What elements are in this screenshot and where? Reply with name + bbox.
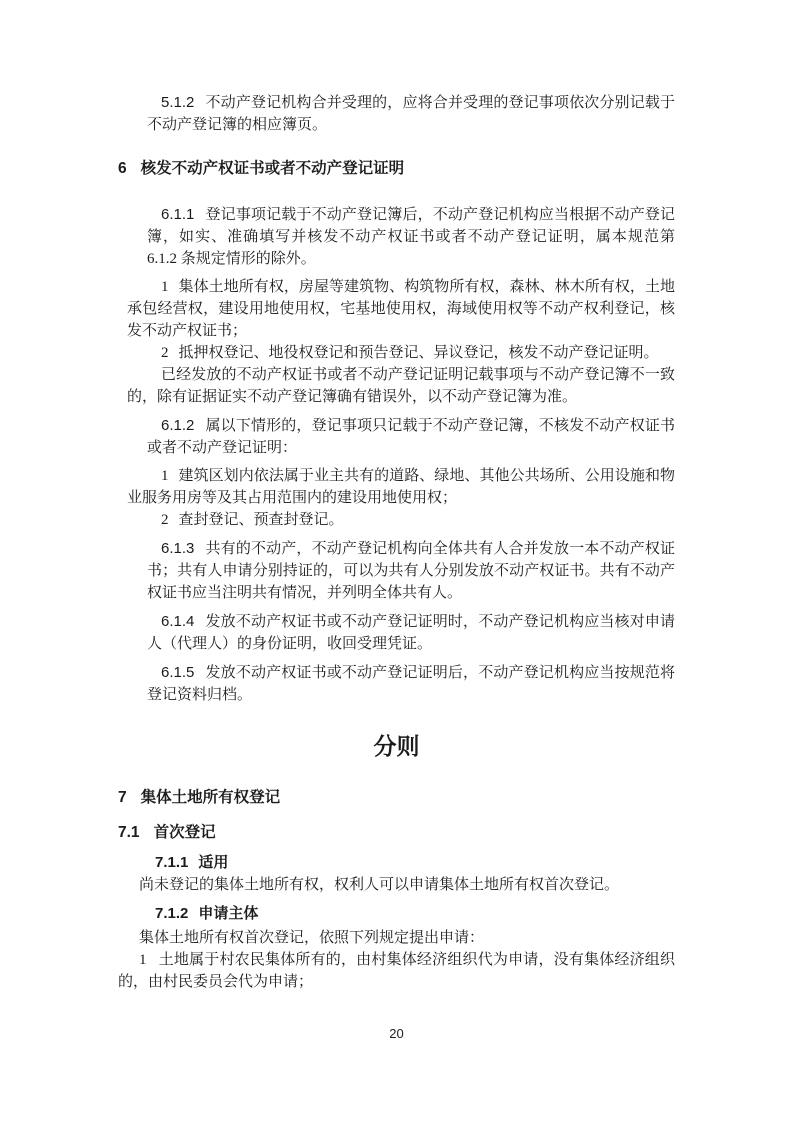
clause-paragraph: 6.1.1登记事项记载于不动产登记簿后，不动产登记机构应当根据不动产登记簿，如实…: [147, 204, 675, 270]
list-item: 1建筑区划内依法属于业主共有的道路、绿地、其他公共场所、公用设施和物业服务用房等…: [127, 465, 675, 509]
clause-7-1-1-heading: 7.1.1适用: [155, 852, 675, 874]
page-content: 5.1.2不动产登记机构合并受理的，应将合并受理的登记事项依次分别记载于不动产登…: [118, 92, 675, 993]
clause-text: 共有的不动产，不动产登记机构向全体共有人合并发放一本不动产权证书；共有人申请分别…: [147, 541, 675, 601]
clause-number: 6.1.2: [161, 417, 194, 434]
page-number: 20: [0, 1026, 793, 1041]
clause-text: 登记事项记载于不动产登记簿后，不动产登记机构应当根据不动产登记簿，如实、准确填写…: [147, 207, 675, 267]
part-title: 分则: [118, 731, 675, 761]
list-item: 2查封登记、预查封登记。: [127, 509, 675, 531]
item-number: 1: [139, 952, 147, 968]
clause-number: 6.1.3: [161, 540, 194, 557]
subsection-7-1-heading: 7.1首次登记: [118, 822, 675, 844]
clause-text: 属以下情形的，登记事项只记载于不动产登记簿，不核发不动产权证书或者不动产登记证明…: [147, 418, 675, 456]
section-7-heading: 7集体土地所有权登记: [118, 787, 675, 809]
clause-text: 不动产登记机构合并受理的，应将合并受理的登记事项依次分别记载于不动产登记簿的相应…: [147, 95, 675, 133]
clause-paragraph: 6.1.5发放不动产权证书或不动产登记证明后，不动产登记机构应当按规范将登记资料…: [147, 662, 675, 706]
heading-title: 核发不动产权证书或者不动产登记证明: [141, 160, 405, 177]
item-number: 2: [161, 512, 169, 528]
heading-title: 适用: [198, 854, 228, 871]
clause-number: 5.1.2: [161, 94, 194, 111]
heading-number: 7.1.1: [155, 854, 188, 871]
heading-title: 申请主体: [198, 905, 258, 922]
clause-text: 发放不动产权证书或不动产登记证明时，不动产登记机构应当核对申请人（代理人）的身份…: [147, 614, 675, 652]
heading-title: 首次登记: [154, 824, 216, 841]
list-item: 1土地属于村农民集体所有的，由村集体经济组织代为申请，没有集体经济组织的，由村民…: [118, 949, 675, 993]
body-paragraph: 已经发放的不动产权证书或者不动产登记证明记载事项与不动产登记簿不一致的，除有证据…: [127, 364, 675, 408]
list-item: 1集体土地所有权，房屋等建筑物、构筑物所有权，森林、林木所有权，土地承包经营权，…: [127, 276, 675, 342]
list-item: 2抵押权登记、地役权登记和预告登记、异议登记，核发不动产登记证明。: [127, 342, 675, 364]
clause-paragraph: 5.1.2不动产登记机构合并受理的，应将合并受理的登记事项依次分别记载于不动产登…: [147, 92, 675, 136]
item-number: 1: [161, 279, 169, 295]
heading-title: 集体土地所有权登记: [141, 789, 281, 806]
heading-number: 7.1: [118, 824, 140, 841]
item-text: 土地属于村农民集体所有的，由村集体经济组织代为申请，没有集体经济组织的，由村民委…: [118, 952, 675, 990]
item-text: 查封登记、预查封登记。: [179, 512, 344, 528]
clause-number: 6.1.4: [161, 613, 194, 630]
body-paragraph: 尚未登记的集体土地所有权，权利人可以申请集体土地所有权首次登记。: [118, 874, 675, 896]
clause-paragraph: 6.1.2属以下情形的，登记事项只记载于不动产登记簿，不核发不动产权证书或者不动…: [147, 415, 675, 459]
heading-number: 7: [118, 789, 127, 806]
clause-7-1-2-heading: 7.1.2申请主体: [155, 903, 675, 925]
body-paragraph: 集体土地所有权首次登记，依照下列规定提出申请：: [118, 927, 675, 949]
clause-text: 发放不动产权证书或不动产登记证明后，不动产登记机构应当按规范将登记资料归档。: [147, 665, 675, 703]
section-6-heading: 6核发不动产权证书或者不动产登记证明: [118, 158, 675, 180]
item-text: 建筑区划内依法属于业主共有的道路、绿地、其他公共场所、公用设施和物业服务用房等及…: [127, 468, 675, 506]
item-number: 1: [161, 468, 169, 484]
clause-number: 6.1.1: [161, 206, 194, 223]
clause-number: 6.1.5: [161, 664, 194, 681]
clause-paragraph: 6.1.3共有的不动产，不动产登记机构向全体共有人合并发放一本不动产权证书；共有…: [147, 538, 675, 604]
clause-paragraph: 6.1.4发放不动产权证书或不动产登记证明时，不动产登记机构应当核对申请人（代理…: [147, 611, 675, 655]
item-number: 2: [161, 345, 169, 361]
heading-number: 6: [118, 160, 127, 177]
item-text: 集体土地所有权，房屋等建筑物、构筑物所有权，森林、林木所有权，土地承包经营权，建…: [127, 279, 675, 339]
document-page: 5.1.2不动产登记机构合并受理的，应将合并受理的登记事项依次分别记载于不动产登…: [0, 0, 793, 1122]
item-text: 抵押权登记、地役权登记和预告登记、异议登记，核发不动产登记证明。: [179, 345, 659, 361]
heading-number: 7.1.2: [155, 905, 188, 922]
